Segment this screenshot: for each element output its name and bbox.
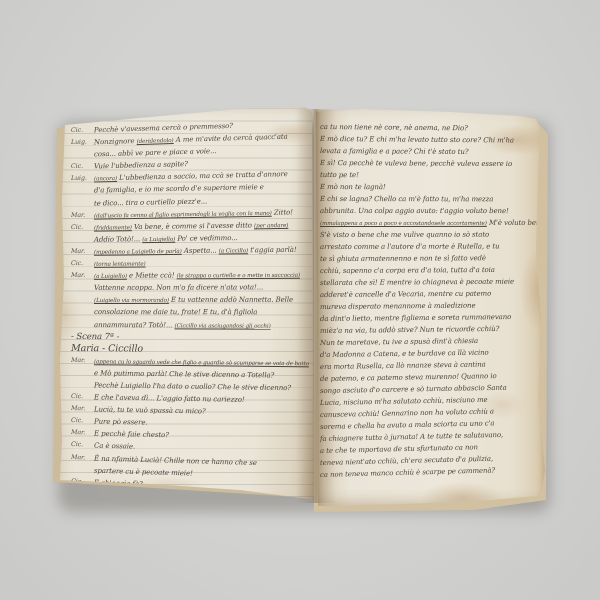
speaker-abbreviation: [71, 234, 94, 246]
manuscript-line: arrestato comme a l'autore d'a morte è R…: [320, 240, 542, 253]
handwritten-text: consolazione me daie tu, frate! E tu, d'…: [94, 306, 309, 318]
handwritten-text: tutto pe te!: [320, 169, 542, 182]
speaker-abbreviation: [71, 149, 94, 162]
speaker-abbreviation: Cic.: [71, 124, 94, 137]
speaker-abbreviation: Mar.: [71, 209, 94, 221]
speaker-abbreviation: [71, 379, 94, 391]
handwritten-text: arrestato comme a l'autore d'a morte è R…: [320, 240, 542, 253]
speaker-abbreviation: [71, 319, 94, 331]
speaker-abbreviation: Mar.: [71, 403, 94, 416]
speaker-abbreviation: Cic.: [71, 439, 94, 452]
manuscript-line: E mò non te lagnà!: [320, 181, 542, 194]
speaker-abbreviation: [71, 282, 94, 294]
handwritten-text: abbrunita. Una colpa aggio avuto: t'aggi…: [320, 205, 542, 217]
speaker-abbreviation: Cic.: [71, 161, 94, 174]
speaker-abbreviation: [71, 185, 94, 198]
speaker-abbreviation: Mar.: [71, 246, 94, 258]
right-page: ca tu non tiene nè core, nè anema, ne Di…: [312, 105, 548, 507]
manuscript-photo: Cic.Pecchè v'avessema cercà o premmesso?…: [0, 0, 600, 600]
manuscript-line: (mmalappena a poco a poco e accostandose…: [320, 217, 542, 229]
speaker-abbreviation: Cic.: [71, 258, 94, 270]
speaker-abbreviation: [71, 367, 94, 379]
handwritten-text: (Luigiello via mormorando) E tu vattenne…: [94, 294, 309, 306]
speaker-abbreviation: [71, 306, 94, 318]
left-page: Cic.Pecchè v'avessema cercà o premmesso?…: [58, 105, 314, 505]
manuscript-line: E chi se lagna? Chello ca m'è fatto tu, …: [320, 193, 542, 205]
scene-heading: - Scena 7ª -: [71, 331, 309, 344]
manuscript-line: abbrunita. Una colpa aggio avuto: t'aggi…: [320, 205, 542, 217]
handwritten-text: annammurata? Totò!... (Ciccillo via asci…: [94, 319, 309, 332]
speaker-abbreviation: Cic.: [71, 391, 94, 403]
manuscript-line: Mar.(a Luigiello) e Miette ccà! (le stra…: [71, 269, 309, 282]
handwritten-text: E chi se lagna? Chello ca m'è fatto tu, …: [320, 193, 542, 205]
handwritten-text: (a Luigiello) e Miette ccà! (le strappa …: [94, 269, 309, 282]
manuscript-line: annammurata? Totò!... (Ciccillo via asci…: [71, 319, 309, 332]
handwritten-text: E mò non te lagnà!: [320, 181, 542, 194]
handwritten-text: Vattenne ncoppa. Non m'o fa dicere n'ata…: [94, 281, 309, 294]
handwritten-text: (mmalappena a poco a poco e accostandose…: [320, 217, 542, 229]
speaker-abbreviation: Mar.: [71, 427, 94, 440]
speaker-abbreviation: [71, 294, 94, 306]
handwritten-text: S'è visto o bene che me vulive quanno io…: [320, 229, 542, 241]
speaker-abbreviation: [71, 197, 94, 210]
speaker-abbreviation: Luig.: [71, 173, 94, 186]
left-page-text: Cic.Pecchè v'avessema cercà o premmesso?…: [71, 125, 309, 488]
speaker-abbreviation: [71, 464, 94, 477]
speaker-abbreviation: Cic.: [71, 221, 94, 233]
right-page-text: ca tu non tiene nè core, nè anema, ne Di…: [320, 121, 542, 481]
speaker-abbreviation: Mar.: [71, 270, 94, 282]
speaker-abbreviation: Mar.: [71, 355, 94, 367]
speaker-abbreviation: Cic.: [71, 415, 94, 428]
speaker-abbreviation: Luig.: [71, 136, 94, 149]
speaker-abbreviation: Mar.: [71, 452, 94, 465]
manuscript-line: tutto pe te!: [320, 169, 542, 182]
manuscript-line: S'è visto o bene che me vulive quanno io…: [320, 229, 542, 241]
manuscript-line: (Luigiello via mormorando) E tu vattenne…: [71, 294, 309, 306]
manuscript-line: Vattenne ncoppa. Non m'o fa dicere n'ata…: [71, 281, 309, 294]
handwritten-text: - Scena 7ª -: [71, 331, 309, 344]
manuscript-line: consolazione me daie tu, frate! E tu, d'…: [71, 306, 309, 318]
